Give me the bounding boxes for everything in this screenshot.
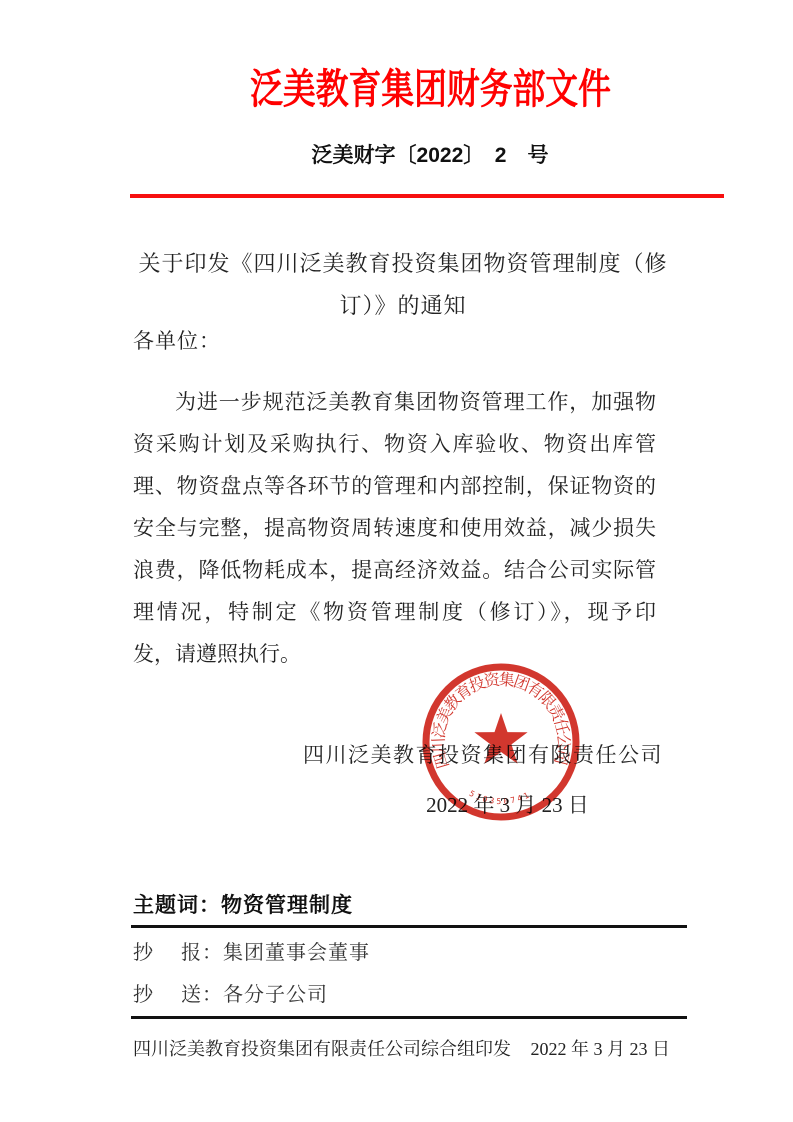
salutation: 各单位： (133, 327, 221, 355)
separator-rule-top (131, 925, 687, 928)
letterhead-title: 泛美教育集团财务部文件 (0, 66, 793, 112)
footer-row: 四川泛美教育投资集团有限责任公司综合组印发 2022 年 3 月 23 日 (133, 1036, 670, 1062)
body-line: 理、物资盘点等各环节的管理和内部控制，保证物资的 (133, 465, 656, 507)
cc-report-row: 抄 报：集团董事会董事 (133, 939, 370, 967)
footer-imprint: 四川泛美教育投资集团有限责任公司综合组印发 (133, 1036, 511, 1062)
cc-send-row: 抄 送：各分子公司 (133, 981, 328, 1009)
cc-send-value: 各分子公司 (223, 984, 328, 1006)
keywords-label: 主题词： (133, 894, 221, 917)
notice-body: 为进一步规范泛美教育集团物资管理工作，加强物 资采购计划及采购执行、物资入库验收… (133, 381, 656, 675)
cc-report-label: 抄 报： (133, 942, 223, 964)
keywords-row: 主题词：物资管理制度 (133, 891, 353, 921)
keywords-value: 物资管理制度 (221, 894, 353, 917)
footer-date: 2022 年 3 月 23 日 (531, 1036, 671, 1062)
letterhead-title-text: 泛美教育集团财务部文件 (250, 66, 611, 112)
notice-title-line2: 订）》的通知 (110, 285, 696, 327)
company-seal-stamp: 四川泛美教育投资集团有限责任公司 510350741 (416, 657, 586, 827)
body-line: 资采购计划及采购执行、物资入库验收、物资出库管 (133, 423, 656, 465)
body-line: 为进一步规范泛美教育集团物资管理工作，加强物 (133, 381, 656, 423)
document-number: 泛美财字〔2022〕 2 号 (0, 139, 793, 169)
cc-report-value: 集团董事会董事 (223, 942, 370, 964)
notice-title-line1: 关于印发《四川泛美教育投资集团物资管理制度（修 (110, 243, 696, 285)
seal-code-text: 510350741 (468, 789, 533, 806)
seal-star-icon (474, 713, 527, 764)
body-line: 理情况，特制定《物资管理制度（修订）》，现予印 (133, 591, 656, 633)
notice-title: 关于印发《四川泛美教育投资集团物资管理制度（修 订）》的通知 (110, 243, 696, 327)
separator-rule-bottom (131, 1016, 687, 1019)
body-line: 浪费，降低物耗成本，提高经济效益。结合公司实际管 (133, 549, 656, 591)
document-page: 泛美教育集团财务部文件 泛美财字〔2022〕 2 号 关于印发《四川泛美教育投资… (0, 0, 793, 1122)
cc-send-label: 抄 送： (133, 984, 223, 1006)
letterhead-red-rule (130, 194, 724, 198)
body-line: 安全与完整，提高物资周转速度和使用效益，减少损失 (133, 507, 656, 549)
